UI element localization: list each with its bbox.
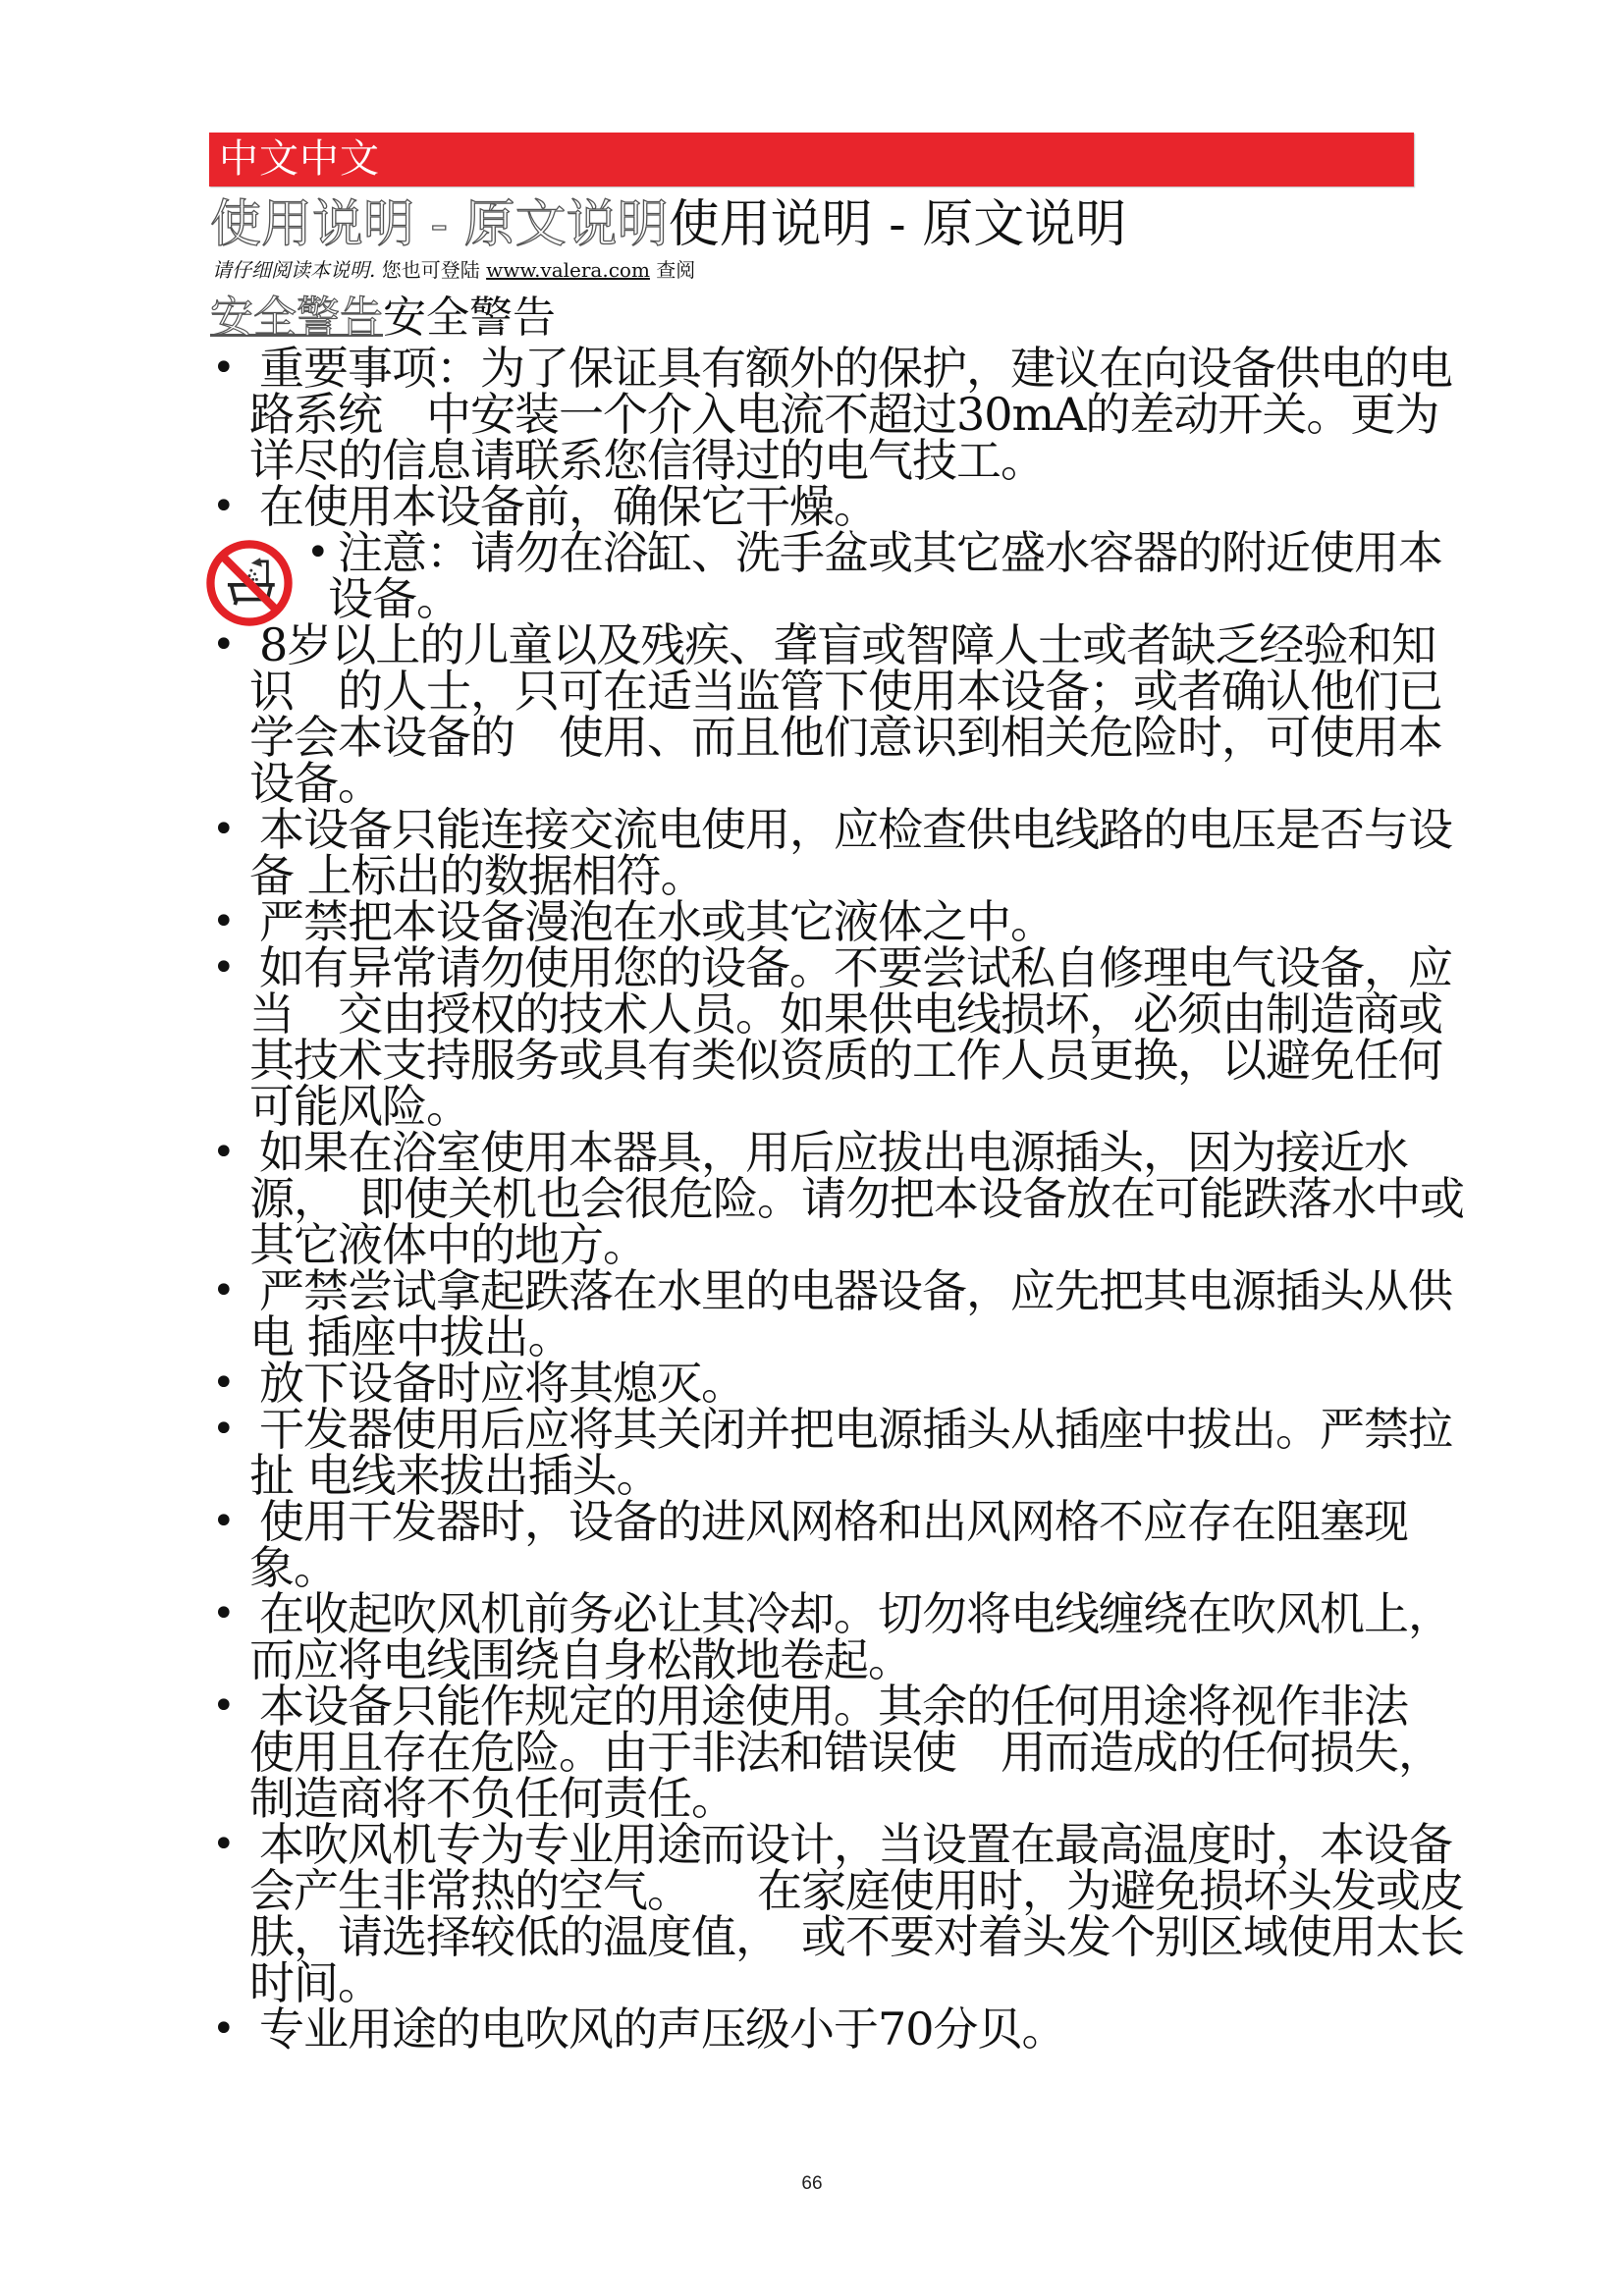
warning-text: 在收起吹风机前务必让其冷却。切勿将电线缠绕在吹风机上，而应将电线围绕自身松散地卷… xyxy=(249,1591,1467,1683)
bullet-icon: • xyxy=(212,622,235,668)
page-title: 使用说明 - 原文说明使用说明 - 原文说明 xyxy=(210,192,1126,257)
visit-suffix: 查阅 xyxy=(650,258,695,282)
warning-text: 在使用本设备前，确保它干燥。 xyxy=(249,484,1467,530)
bullet-icon: • xyxy=(212,1499,235,1545)
section-heading-text: 安全警告 xyxy=(383,293,556,343)
bullet-icon: • xyxy=(212,899,235,945)
page-title-text: 使用说明 - 原文说明 xyxy=(669,195,1127,254)
bullet-icon: • xyxy=(212,1822,235,1868)
bullet-icon: • xyxy=(212,484,235,530)
section-heading-safety: 安全警告安全警告 xyxy=(210,291,556,346)
language-label: 中文中文 xyxy=(219,134,380,184)
website-link[interactable]: www.valera.com xyxy=(486,258,650,282)
warning-text: 注意：请勿在浴缸、洗手盆或其它盛水容器的附近使用本设备。 xyxy=(328,530,1467,622)
read-instructions-note: 请仔细阅读本说明. 您也可登陆 www.valera.com 查阅 xyxy=(212,257,695,283)
bullet-icon: • xyxy=(212,346,235,392)
bullet-icon: • xyxy=(212,1407,235,1453)
warning-text: 严禁尝试拿起跌落在水里的电器设备，应先把其电源插头从供电 插座中拔出。 xyxy=(249,1268,1467,1361)
warning-item: • 严禁把本设备漫泡在水或其它液体之中。 xyxy=(210,899,1467,945)
bullet-icon: • xyxy=(212,1130,235,1176)
warning-text: 放下设备时应将其熄灭。 xyxy=(249,1361,1467,1407)
warning-text: 重要事项：为了保证具有额外的保护，建议在向设备供电的电路系统 中安装一个介入电流… xyxy=(249,346,1467,484)
no-bathtub-icon xyxy=(204,538,295,628)
bullet-icon: • xyxy=(212,1268,235,1314)
bullet-icon: • xyxy=(212,2006,235,2053)
bullet-icon: • xyxy=(212,945,235,991)
manual-page: 中文中文 使用说明 - 原文说明使用说明 - 原文说明 请仔细阅读本说明. 您也… xyxy=(0,0,1624,2296)
warning-item: • 干发器使用后应将其关闭并把电源插头从插座中拔出。严禁拉扯 电线来拔出插头。 xyxy=(210,1407,1467,1499)
warning-item: • 严禁尝试拿起跌落在水里的电器设备，应先把其电源插头从供电 插座中拔出。 xyxy=(210,1268,1467,1361)
bullet-icon: • xyxy=(306,530,329,576)
language-header-bar: 中文中文 xyxy=(209,133,1414,187)
warning-item-with-icon: • 注意：请勿在浴缸、洗手盆或其它盛水容器的附近使用本设备。 xyxy=(210,530,1467,622)
warning-item: • 本吹风机专为专业用途而设计，当设置在最高温度时，本设备会产生非常热的空气。 … xyxy=(210,1822,1467,2006)
visit-prefix: 您也可登陆 xyxy=(375,258,486,282)
warning-item: • 使用干发器时，设备的进风网格和出风网格不应存在阻塞现象。 xyxy=(210,1499,1467,1591)
warning-text: 干发器使用后应将其关闭并把电源插头从插座中拔出。严禁拉扯 电线来拔出插头。 xyxy=(249,1407,1467,1499)
bullet-icon: • xyxy=(212,1591,235,1637)
warning-item: • 如果在浴室使用本器具，用后应拔出电源插头，因为接近水源， 即使关机也会很危险… xyxy=(210,1130,1467,1268)
bullet-icon: • xyxy=(212,1683,235,1730)
warning-text: 本吹风机专为专业用途而设计，当设置在最高温度时，本设备会产生非常热的空气。 在家… xyxy=(249,1822,1467,2006)
warning-text: 专业用途的电吹风的声压级小于70分贝。 xyxy=(249,2006,1467,2053)
warning-item: • 本设备只能作规定的用途使用。其余的任何用途将视作非法 使用且存在危险。由于非… xyxy=(210,1683,1467,1822)
warning-text: 如有异常请勿使用您的设备。不要尝试私自修理电气设备，应当 交由授权的技术人员。如… xyxy=(249,945,1467,1130)
warning-item: • 在使用本设备前，确保它干燥。 xyxy=(210,484,1467,530)
warning-item: • 8岁以上的儿童以及残疾、聋盲或智障人士或者缺乏经验和知识 的人士，只可在适当… xyxy=(210,622,1467,807)
warning-text: 如果在浴室使用本器具，用后应拔出电源插头，因为接近水源， 即使关机也会很危险。请… xyxy=(249,1130,1467,1268)
warning-text: 使用干发器时，设备的进风网格和出风网格不应存在阻塞现象。 xyxy=(249,1499,1467,1591)
safety-warnings-list: • 重要事项：为了保证具有额外的保护，建议在向设备供电的电路系统 中安装一个介入… xyxy=(210,346,1467,2053)
warning-item: • 专业用途的电吹风的声压级小于70分贝。 xyxy=(210,2006,1467,2053)
bullet-icon: • xyxy=(212,1361,235,1407)
warning-text: 本设备只能作规定的用途使用。其余的任何用途将视作非法 使用且存在危险。由于非法和… xyxy=(249,1683,1467,1822)
page-number: 66 xyxy=(0,2173,1624,2195)
warning-item: • 本设备只能连接交流电使用，应检查供电线路的电压是否与设备 上标出的数据相符。 xyxy=(210,807,1467,899)
warning-item: • 重要事项：为了保证具有额外的保护，建议在向设备供电的电路系统 中安装一个介入… xyxy=(210,346,1467,484)
warning-text: 8岁以上的儿童以及残疾、聋盲或智障人士或者缺乏经验和知识 的人士，只可在适当监管… xyxy=(249,622,1467,807)
warning-item: • 放下设备时应将其熄灭。 xyxy=(210,1361,1467,1407)
read-note-text: 请仔细阅读本说明. xyxy=(212,258,375,282)
section-heading-outline: 安全警告 xyxy=(210,293,383,343)
page-title-outline: 使用说明 - 原文说明 xyxy=(210,195,669,254)
warning-item: • 在收起吹风机前务必让其冷却。切勿将电线缠绕在吹风机上，而应将电线围绕自身松散… xyxy=(210,1591,1467,1683)
warning-text: 本设备只能连接交流电使用，应检查供电线路的电压是否与设备 上标出的数据相符。 xyxy=(249,807,1467,899)
warning-text: 严禁把本设备漫泡在水或其它液体之中。 xyxy=(249,899,1467,945)
bullet-icon: • xyxy=(212,807,235,853)
warning-item: • 如有异常请勿使用您的设备。不要尝试私自修理电气设备，应当 交由授权的技术人员… xyxy=(210,945,1467,1130)
